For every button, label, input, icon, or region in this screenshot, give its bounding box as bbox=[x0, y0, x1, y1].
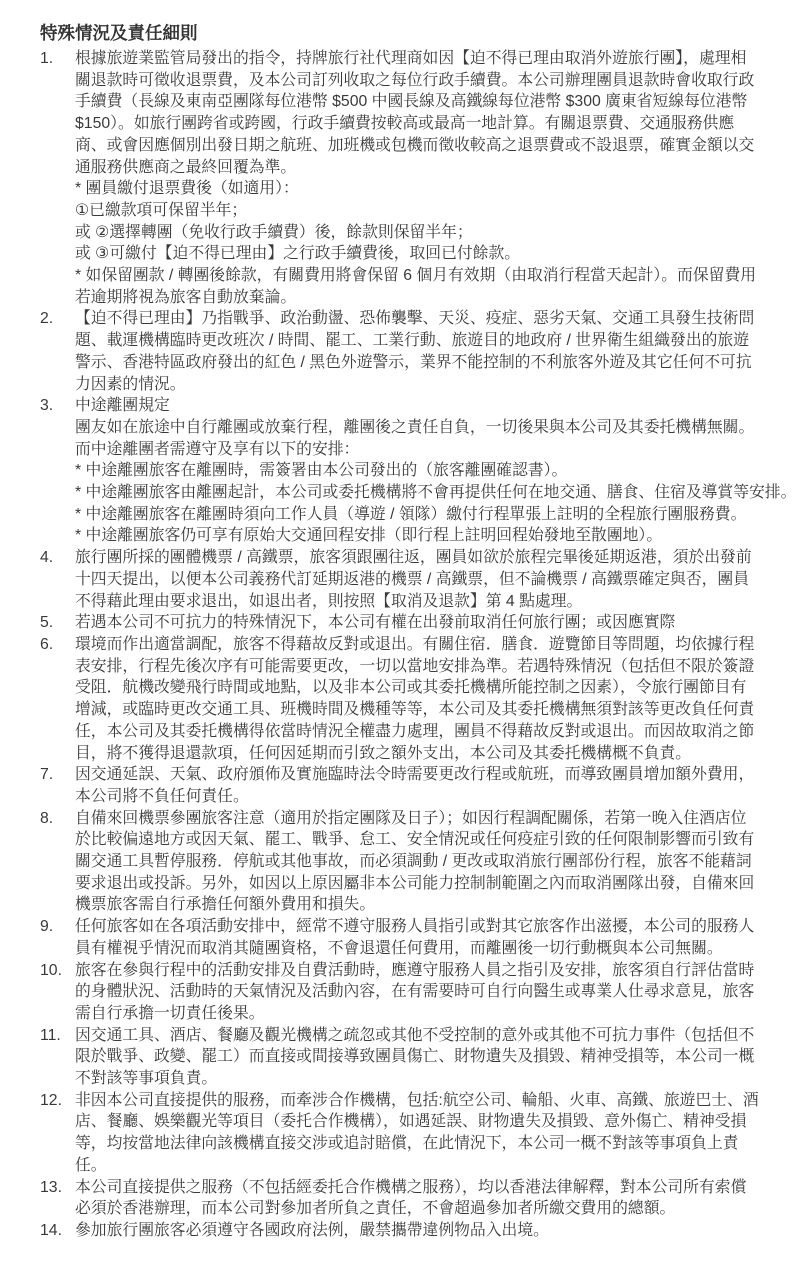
page-title: 特殊情況及責任細則 bbox=[40, 21, 764, 46]
item-paragraph: 環境而作出適當調配，旅客不得藉故反對或退出。有關住宿．膳食．遊覽節目等問題，均依… bbox=[75, 634, 762, 764]
item-number: 9. bbox=[40, 916, 75, 938]
item-content: 環境而作出適當調配，旅客不得藉故反對或退出。有關住宿．膳食．遊覽節目等問題，均依… bbox=[75, 634, 762, 764]
item-content: 自備來回機票參團旅客注意（適用於指定團隊及日子）；如因行程調配關係，若第一晚入住… bbox=[75, 808, 762, 917]
item-paragraph: 或 ②選擇轉團（免收行政手續費）後，餘款則保留半年； bbox=[75, 222, 762, 244]
item-content: 旅客在參與行程中的活動安排及自費活動時，應遵守服務人員之指引及安排，旅客須自行評… bbox=[75, 960, 762, 1025]
item-number: 2. bbox=[40, 308, 75, 330]
item-content: 因交通延誤、天氣、政府頒佈及實施臨時法令時需要更改行程或航班，而導致團員增加額外… bbox=[75, 764, 762, 807]
item-number: 10. bbox=[40, 960, 75, 982]
list-item: 6.環境而作出適當調配，旅客不得藉故反對或退出。有關住宿．膳食．遊覽節目等問題，… bbox=[40, 634, 764, 764]
item-paragraph: 非因本公司直接提供的服務，而牽涉合作機構，包括:航空公司、輪船、火車、高鐵、旅遊… bbox=[75, 1090, 762, 1177]
terms-document: 特殊情況及責任細則 1.根據旅遊業監管局發出的指令，持牌旅行社代理商如因【迫不得… bbox=[0, 0, 764, 1242]
item-paragraph: 任何旅客如在各項活動安排中，經常不遵守服務人員指引或對其它旅客作出滋擾，本公司的… bbox=[75, 916, 762, 959]
item-paragraph: 【迫不得已理由】乃指戰爭、政治動盪、恐佈襲擊、天災、疫症、惡劣天氣、交通工具發生… bbox=[75, 308, 762, 395]
item-content: 若遇本公司不可抗力的特殊情況下，本公司有權在出發前取消任何旅行團；或因應實際 bbox=[75, 612, 762, 634]
item-paragraph: 或 ③可繳付【迫不得已理由】之行政手續費後，取回已付餘款。 bbox=[75, 243, 762, 265]
item-number: 7. bbox=[40, 764, 75, 786]
item-content: 因交通工具、酒店、餐廳及觀光機構之疏忽或其他不受控制的意外或其他不可抗力事件（包… bbox=[75, 1025, 762, 1090]
item-content: 【迫不得已理由】乃指戰爭、政治動盪、恐佈襲擊、天災、疫症、惡劣天氣、交通工具發生… bbox=[75, 308, 762, 395]
item-paragraph: * 如保留團款 / 轉團後餘款，有關費用將會保留 6 個月有效期（由取消行程當天… bbox=[75, 265, 762, 308]
item-content: 任何旅客如在各項活動安排中，經常不遵守服務人員指引或對其它旅客作出滋擾，本公司的… bbox=[75, 916, 762, 959]
item-paragraph: 中途離團規定 bbox=[75, 395, 762, 417]
item-paragraph: 根據旅遊業監管局發出的指令，持牌旅行社代理商如因【迫不得已理由取消外遊旅行團】，… bbox=[75, 48, 762, 178]
item-number: 13. bbox=[40, 1177, 75, 1199]
item-content: 非因本公司直接提供的服務，而牽涉合作機構，包括:航空公司、輪船、火車、高鐵、旅遊… bbox=[75, 1090, 762, 1177]
item-paragraph: * 中途離團旅客在離團時，需簽署由本公司發出的（旅客離團確認書）。 bbox=[75, 460, 762, 482]
list-item: 14.參加旅行團旅客必須遵守各國政府法例，嚴禁攜帶違例物品入出境。 bbox=[40, 1220, 764, 1242]
list-item: 2.【迫不得已理由】乃指戰爭、政治動盪、恐佈襲擊、天災、疫症、惡劣天氣、交通工具… bbox=[40, 308, 764, 395]
item-number: 14. bbox=[40, 1220, 75, 1242]
list-item: 12.非因本公司直接提供的服務，而牽涉合作機構，包括:航空公司、輪船、火車、高鐵… bbox=[40, 1090, 764, 1177]
list-item: 4.旅行團所採的團體機票 / 高鐵票，旅客須跟團往返，團員如欲於旅程完畢後延期返… bbox=[40, 547, 764, 612]
item-paragraph: 自備來回機票參團旅客注意（適用於指定團隊及日子）；如因行程調配關係，若第一晚入住… bbox=[75, 808, 762, 917]
item-content: 參加旅行團旅客必須遵守各國政府法例，嚴禁攜帶違例物品入出境。 bbox=[75, 1220, 762, 1242]
item-paragraph: 團友如在旅途中自行離團或放棄行程，離團後之責任自負，一切後果與本公司及其委托機構… bbox=[75, 417, 762, 460]
list-item: 5.若遇本公司不可抗力的特殊情況下，本公司有權在出發前取消任何旅行團；或因應實際 bbox=[40, 612, 764, 634]
item-number: 6. bbox=[40, 634, 75, 656]
item-paragraph: 旅行團所採的團體機票 / 高鐵票，旅客須跟團往返，團員如欲於旅程完畢後延期返港，… bbox=[75, 547, 762, 612]
item-content: 根據旅遊業監管局發出的指令，持牌旅行社代理商如因【迫不得已理由取消外遊旅行團】，… bbox=[75, 48, 762, 308]
item-number: 3. bbox=[40, 395, 75, 417]
item-content: 本公司直接提供之服務（不包括經委托合作機構之服務），均以香港法律解釋，對本公司所… bbox=[75, 1177, 762, 1220]
list-item: 10.旅客在參與行程中的活動安排及自費活動時，應遵守服務人員之指引及安排，旅客須… bbox=[40, 960, 764, 1025]
item-paragraph: * 中途離團旅客仍可享有原始大交通回程安排（即行程上註明回程始發地至散團地）。 bbox=[75, 525, 762, 547]
list-item: 1.根據旅遊業監管局發出的指令，持牌旅行社代理商如因【迫不得已理由取消外遊旅行團… bbox=[40, 48, 764, 308]
list-item: 3.中途離團規定團友如在旅途中自行離團或放棄行程，離團後之責任自負，一切後果與本… bbox=[40, 395, 764, 547]
item-paragraph: 本公司直接提供之服務（不包括經委托合作機構之服務），均以香港法律解釋，對本公司所… bbox=[75, 1177, 762, 1220]
item-number: 8. bbox=[40, 808, 75, 830]
item-paragraph: 參加旅行團旅客必須遵守各國政府法例，嚴禁攜帶違例物品入出境。 bbox=[75, 1220, 762, 1242]
list-item: 8.自備來回機票參團旅客注意（適用於指定團隊及日子）；如因行程調配關係，若第一晚… bbox=[40, 808, 764, 917]
list-item: 9.任何旅客如在各項活動安排中，經常不遵守服務人員指引或對其它旅客作出滋擾，本公… bbox=[40, 916, 764, 959]
item-number: 1. bbox=[40, 48, 75, 70]
item-paragraph: * 中途離團旅客由離團起計，本公司或委托機構將不會再提供任何在地交通、膳食、住宿… bbox=[75, 482, 762, 504]
item-content: 中途離團規定團友如在旅途中自行離團或放棄行程，離團後之責任自負，一切後果與本公司… bbox=[75, 395, 762, 547]
item-paragraph: 若遇本公司不可抗力的特殊情況下，本公司有權在出發前取消任何旅行團；或因應實際 bbox=[75, 612, 762, 634]
document-page: 特殊情況及責任細則 1.根據旅遊業監管局發出的指令，持牌旅行社代理商如因【迫不得… bbox=[0, 0, 800, 1263]
item-number: 4. bbox=[40, 547, 75, 569]
item-paragraph: 因交通延誤、天氣、政府頒佈及實施臨時法令時需要更改行程或航班，而導致團員增加額外… bbox=[75, 764, 762, 807]
list-item: 11.因交通工具、酒店、餐廳及觀光機構之疏忽或其他不受控制的意外或其他不可抗力事… bbox=[40, 1025, 764, 1090]
item-paragraph: * 中途離團旅客在離團時須向工作人員（導遊 / 領隊）繳付行程單張上註明的全程旅… bbox=[75, 504, 762, 526]
terms-list: 1.根據旅遊業監管局發出的指令，持牌旅行社代理商如因【迫不得已理由取消外遊旅行團… bbox=[40, 48, 764, 1242]
item-number: 12. bbox=[40, 1090, 75, 1112]
item-paragraph: 因交通工具、酒店、餐廳及觀光機構之疏忽或其他不受控制的意外或其他不可抗力事件（包… bbox=[75, 1025, 762, 1090]
item-paragraph: * 團員繳付退票費後（如適用）： bbox=[75, 178, 762, 200]
item-number: 5. bbox=[40, 612, 75, 634]
item-paragraph: ①已繳款項可保留半年； bbox=[75, 200, 762, 222]
item-paragraph: 旅客在參與行程中的活動安排及自費活動時，應遵守服務人員之指引及安排，旅客須自行評… bbox=[75, 960, 762, 1025]
list-item: 7.因交通延誤、天氣、政府頒佈及實施臨時法令時需要更改行程或航班，而導致團員增加… bbox=[40, 764, 764, 807]
item-content: 旅行團所採的團體機票 / 高鐵票，旅客須跟團往返，團員如欲於旅程完畢後延期返港，… bbox=[75, 547, 762, 612]
item-number: 11. bbox=[40, 1025, 75, 1047]
list-item: 13.本公司直接提供之服務（不包括經委托合作機構之服務），均以香港法律解釋，對本… bbox=[40, 1177, 764, 1220]
